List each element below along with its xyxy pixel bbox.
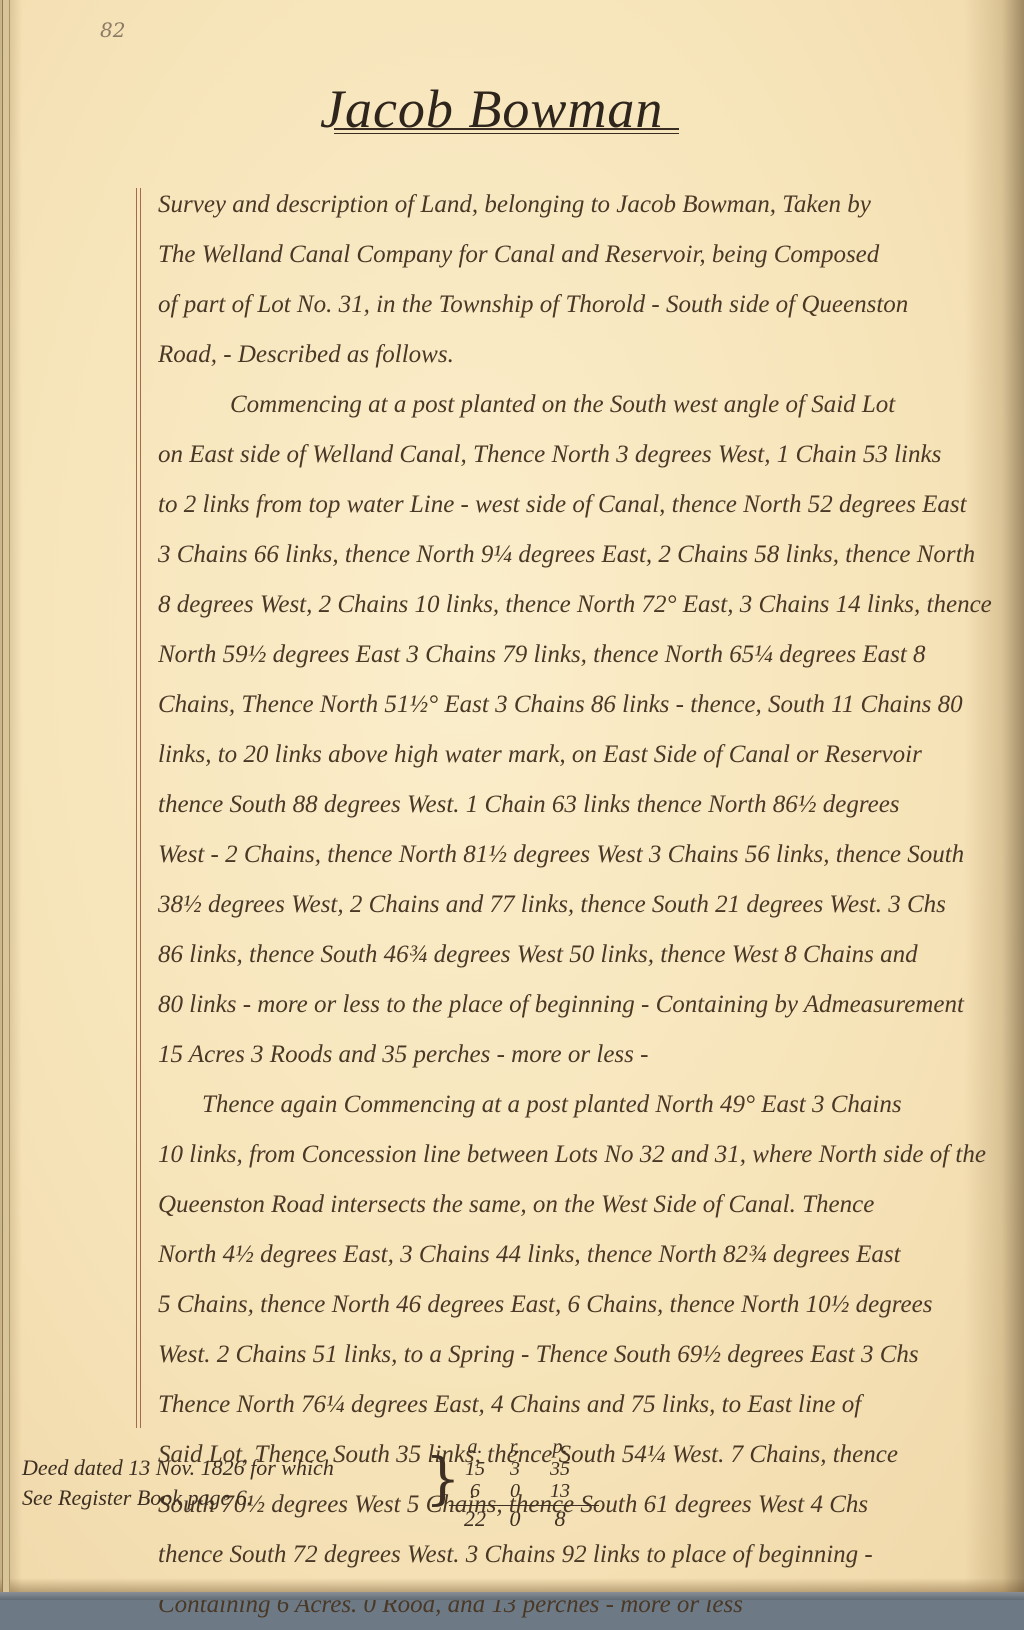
tally-cell: 6 [455, 1480, 495, 1502]
total-perches: 8 [535, 1508, 585, 1530]
deed-reference-note: Deed dated 13 Nov. 1826 for which See Re… [22, 1453, 334, 1513]
tally-cell: 13 [535, 1480, 585, 1502]
text-line: Chains, Thence North 51½° East 3 Chains … [158, 680, 1008, 730]
text-line: on East side of Welland Canal, Thence No… [158, 430, 1008, 480]
area-tally: a. r. p. 15 3 35 6 0 13 22 0 8 [455, 1436, 605, 1530]
text-line: Road, - Described as follows. [158, 330, 1008, 380]
deed-date-line: Deed dated 13 Nov. 1826 for which [22, 1453, 334, 1483]
scan-bottom-edge [0, 1592, 1024, 1600]
total-acres: 22 [455, 1508, 495, 1530]
text-line: West - 2 Chains, thence North 81½ degree… [158, 830, 1008, 880]
text-line: 5 Chains, thence North 46 degrees East, … [158, 1280, 1008, 1330]
text-line: 3 Chains 66 links, thence North 9¼ degre… [158, 530, 1008, 580]
tally-cell: 3 [495, 1458, 535, 1480]
text-line: Queenston Road intersects the same, on t… [158, 1180, 1008, 1230]
text-line: Thence again Commencing at a post plante… [158, 1080, 1008, 1130]
tally-cell: 15 [455, 1458, 495, 1480]
survey-description: Survey and description of Land, belongin… [158, 180, 1008, 1600]
text-line: 86 links, thence South 46¾ degrees West … [158, 930, 1008, 980]
tally-total-row: 22 0 8 [455, 1508, 605, 1530]
text-line: 80 links - more or less to the place of … [158, 980, 1008, 1030]
text-line: 8 degrees West, 2 Chains 10 links, thenc… [158, 580, 1008, 630]
roods-header: r. [495, 1436, 535, 1458]
title-underline [334, 128, 679, 134]
text-line: to 2 links from top water Line - west si… [158, 480, 1008, 530]
text-line: links, to 20 links above high water mark… [158, 730, 1008, 780]
tally-row: 15 3 35 [455, 1458, 605, 1480]
text-line: 15 Acres 3 Roods and 35 perches - more o… [158, 1030, 1008, 1080]
text-line: The Welland Canal Company for Canal and … [158, 230, 1008, 280]
perches-header: p. [535, 1436, 585, 1458]
ledger-page: 82 Jacob Bowman Survey and description o… [0, 0, 1024, 1592]
tally-row: 6 0 13 [455, 1480, 605, 1502]
text-line: thence South 88 degrees West. 1 Chain 63… [158, 780, 1008, 830]
acres-header: a. [455, 1436, 495, 1458]
tally-cell: 0 [495, 1480, 535, 1502]
total-roods: 0 [495, 1508, 535, 1530]
text-line: of part of Lot No. 31, in the Township o… [158, 280, 1008, 330]
register-book-line: See Register Book page 6. [22, 1483, 334, 1513]
text-line: West. 2 Chains 51 links, to a Spring - T… [158, 1330, 1008, 1380]
margin-rule [136, 188, 141, 1428]
page-number: 82 [100, 18, 125, 42]
text-line: Commencing at a post planted on the Sout… [158, 380, 1008, 430]
text-line: 10 links, from Concession line between L… [158, 1130, 1008, 1180]
text-line: 38½ degrees West, 2 Chains and 77 links,… [158, 880, 1008, 930]
page-stack-edge [2, 0, 10, 1592]
text-line: North 4½ degrees East, 3 Chains 44 links… [158, 1230, 1008, 1280]
text-line: Thence North 76¼ degrees East, 4 Chains … [158, 1380, 1008, 1430]
text-line: thence South 72 degrees West. 3 Chains 9… [158, 1530, 1008, 1580]
tally-header: a. r. p. [455, 1436, 605, 1458]
tally-cell: 35 [535, 1458, 585, 1480]
text-line: Survey and description of Land, belongin… [158, 180, 1008, 230]
text-line: North 59½ degrees East 3 Chains 79 links… [158, 630, 1008, 680]
